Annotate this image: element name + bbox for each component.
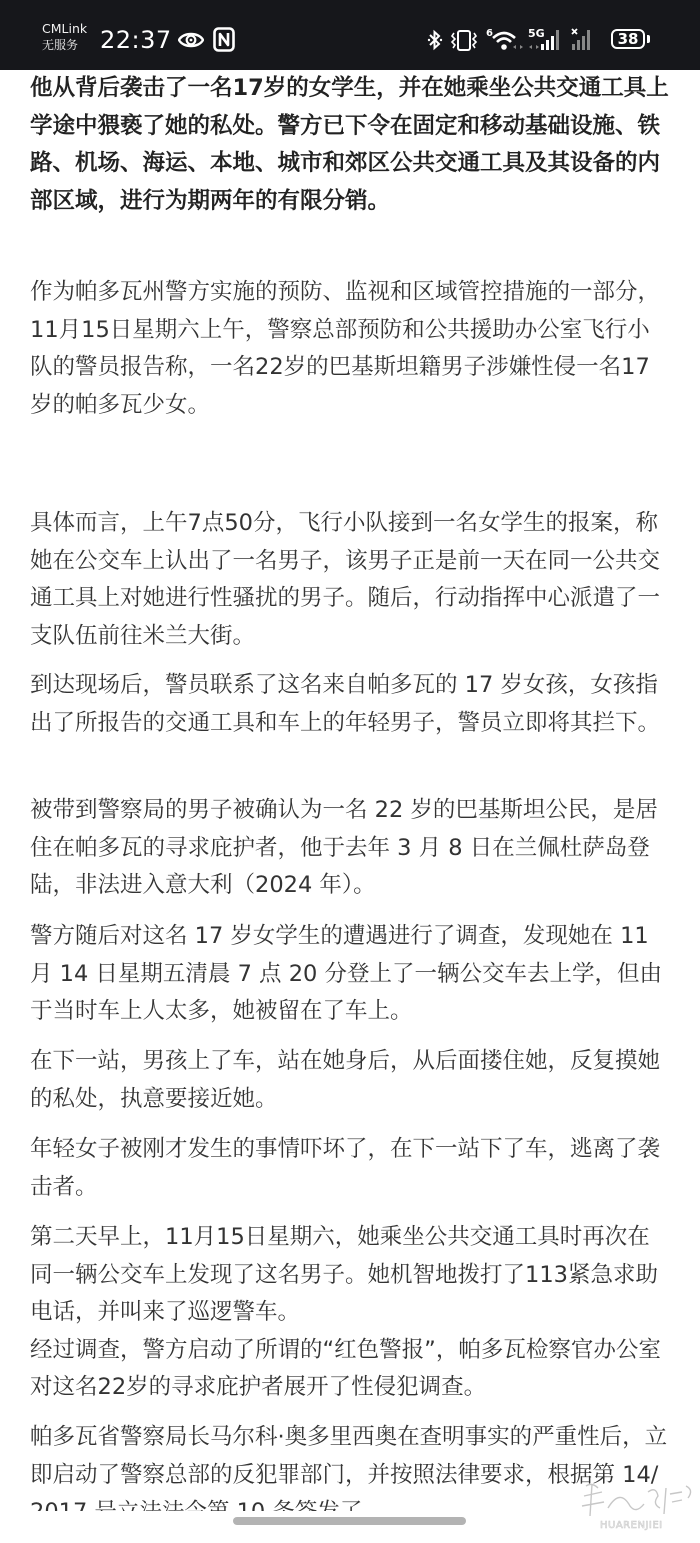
watermark-logo: HUARENJIEI bbox=[578, 1478, 698, 1540]
article-paragraph: 具体而言，上午7点50分，飞行小队接到一名女学生的报案，称她在公交车上认出了一名… bbox=[30, 505, 670, 655]
battery-icon: 38 bbox=[611, 29, 645, 49]
article-paragraph: 年轻女子被刚才发生的事情吓坏了，在下一站下了车，逃离了袭击者。 bbox=[30, 1131, 670, 1206]
bluetooth-icon bbox=[427, 28, 443, 52]
eye-icon bbox=[178, 30, 204, 50]
svg-text:6: 6 bbox=[486, 28, 493, 39]
article-paragraph: 到达现场后，警员联系了这名来自帕多瓦的 17 岁女孩，女孩指出了所报告的交通工具… bbox=[30, 667, 670, 742]
carrier-status: 无服务 bbox=[42, 37, 87, 53]
svg-text:5G: 5G bbox=[528, 27, 545, 40]
article-paragraph: 在下一站，男孩上了车，站在她身后，从后面搂住她，反复摸她的私处，执意要接近她。 bbox=[30, 1043, 670, 1118]
nfc-icon bbox=[213, 27, 235, 52]
watermark-text: HUARENJIEI bbox=[600, 1520, 663, 1531]
watermark-calligraphy-icon bbox=[578, 1478, 698, 1520]
carrier-name: CMLink bbox=[42, 21, 87, 37]
article-paragraph: 第二天早上，11月15日星期六，她乘坐公共交通工具时再次在同一辆公交车上发现了这… bbox=[30, 1219, 670, 1407]
wifi-6-icon: 6 bbox=[485, 26, 525, 54]
vibrate-icon bbox=[450, 28, 478, 52]
article-paragraph: 作为帕多瓦州警方实施的预防、监视和区域管控措施的一部分，11月15日星期六上午，… bbox=[30, 274, 670, 424]
carrier-info: CMLink 无服务 bbox=[42, 21, 87, 53]
status-bar: CMLink 无服务 22:37 6 5G bbox=[0, 0, 700, 70]
article-lead-paragraph: 他从背后袭击了一名17岁的女学生，并在她乘坐公共交通工具上学途中猥亵了她的私处。… bbox=[30, 70, 670, 220]
article-paragraph: 被带到警察局的男子被确认为一名 22 岁的巴基斯坦公民，是居住在帕多瓦的寻求庇护… bbox=[30, 792, 670, 905]
signal-5g-icon: 5G bbox=[528, 26, 568, 54]
article-paragraph-truncated: 帕多瓦省警察局长马尔科·奥多里西奥在查明事实的严重性后，立即启动了警察总部的反犯… bbox=[30, 1419, 670, 1511]
battery-tip bbox=[647, 35, 650, 43]
signal-no-service-icon bbox=[570, 26, 604, 54]
home-gesture-bar[interactable] bbox=[233, 1517, 466, 1525]
clock: 22:37 bbox=[100, 26, 172, 54]
article-paragraph: 警方随后对这名 17 岁女学生的遭遇进行了调查，发现她在 11 月 14 日星期… bbox=[30, 918, 670, 1031]
